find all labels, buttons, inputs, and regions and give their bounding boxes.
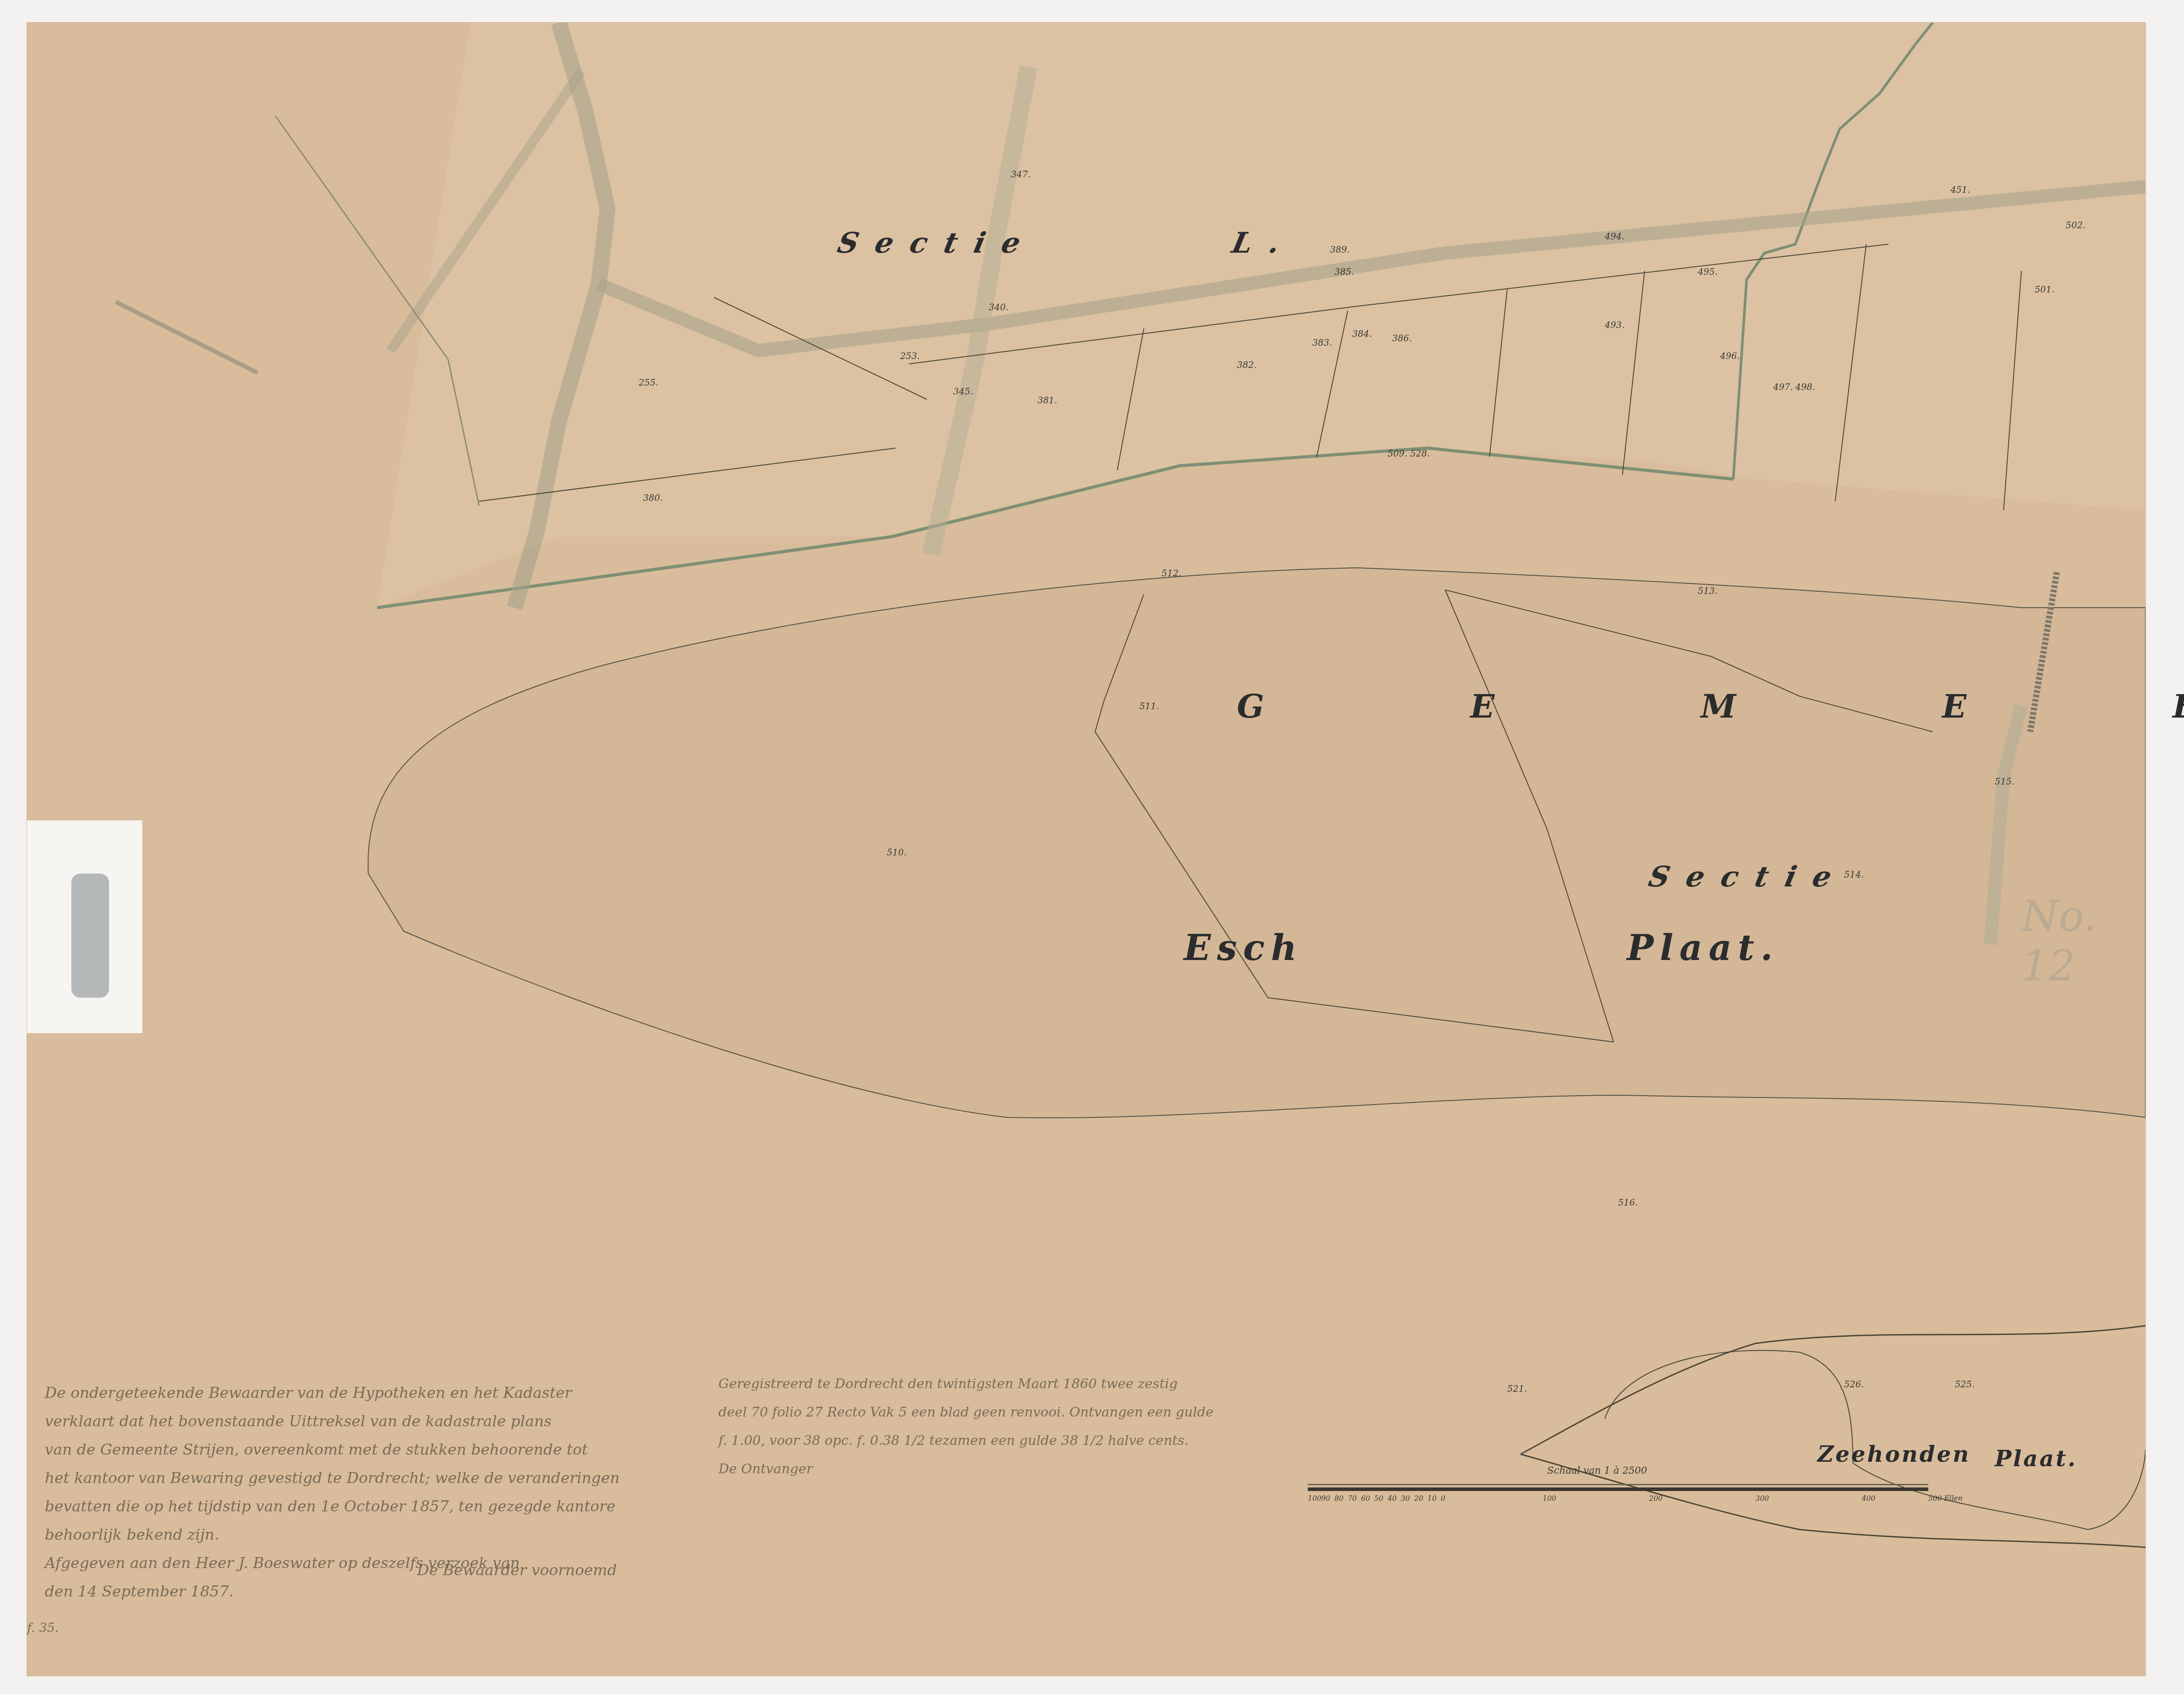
paper-scrap	[71, 874, 109, 998]
parcel-number: 494.	[1605, 231, 1625, 242]
parcel-number: 255.	[639, 377, 659, 388]
parcel-number: 509. 528.	[1388, 448, 1430, 459]
scale-tick: 70	[1348, 1494, 1357, 1503]
parcel-number: 512.	[1162, 568, 1182, 578]
area-label-plaat: Plaat.	[1627, 927, 1779, 968]
area-label-zeehonden: Zeehonden	[1817, 1441, 1970, 1467]
certificate-right: Geregistreerd te Dordrecht den twintigst…	[718, 1370, 1213, 1483]
parcel-number: 514.	[1844, 869, 1864, 880]
parcel-number: 382.	[1237, 359, 1257, 370]
parcel-number: 340.	[989, 302, 1009, 312]
area-label-esch: Esch	[1184, 927, 1303, 968]
scale-tick: 20	[1414, 1494, 1423, 1503]
folio-note: f. 35.	[27, 1614, 59, 1642]
parcel-number: 510.	[887, 847, 907, 858]
parcel-number: 526.	[1844, 1379, 1864, 1390]
parcel-number: 495.	[1698, 266, 1718, 277]
area-label-gemeent: G E M E E N T	[1237, 687, 2184, 725]
parcel-number: 381.	[1037, 395, 1057, 406]
parcel-number: 389.	[1330, 244, 1350, 255]
parcel-number: 380.	[643, 492, 663, 503]
parcel-number: 513.	[1698, 585, 1718, 596]
parcel-number: 501.	[2035, 284, 2055, 295]
parcel-number: 498.	[1795, 382, 1815, 392]
parcel-number: 383.	[1312, 337, 1332, 348]
parcel-number: 384.	[1352, 328, 1372, 339]
map-sheet: Sectie L. G E M E E N T Sectie Plaat. Es…	[27, 22, 2146, 1676]
scale-tick: 90	[1321, 1494, 1330, 1503]
scale-tick: 40	[1388, 1494, 1396, 1503]
scale-tick: 200	[1649, 1494, 1663, 1503]
scale-title: Schaal van 1 à 2500	[1547, 1465, 1647, 1476]
scale-tick: 300	[1755, 1494, 1769, 1503]
scale-tick: 100	[1543, 1494, 1556, 1503]
parcel-number: 496.	[1720, 351, 1740, 361]
scale-tick: 50	[1374, 1494, 1383, 1503]
parcel-number: 347.	[1011, 169, 1031, 180]
area-label-zeehonden-plaat: Plaat.	[1995, 1445, 2077, 1472]
scale-tick: 60	[1361, 1494, 1370, 1503]
parcel-number: 511.	[1139, 701, 1159, 711]
section-label-sectie-l: Sectie	[835, 226, 1040, 260]
scale-tick: 100	[1308, 1494, 1322, 1503]
scale-tick: 0	[1441, 1494, 1445, 1503]
parcel-number: 525.	[1955, 1379, 1975, 1390]
certificate-left-signature: De Bewaarder voornoemd	[417, 1556, 617, 1585]
parcel-number: 385.	[1334, 266, 1354, 277]
scale-tick: 10	[1427, 1494, 1436, 1503]
parcel-number: 515.	[1995, 776, 2015, 787]
scale-tick: 400	[1862, 1494, 1876, 1503]
parcel-number: 497.	[1773, 382, 1793, 392]
scale-tick: 500 Ellen	[1928, 1494, 1962, 1503]
parcel-number: 451.	[1950, 184, 1970, 195]
parcel-number: 502.	[2066, 220, 2086, 230]
scale-tick: 30	[1401, 1494, 1410, 1503]
scale-tick: 80	[1334, 1494, 1343, 1503]
section-label-l: L.	[1229, 226, 1299, 260]
parcel-number: 386.	[1392, 333, 1412, 343]
pencil-sheet-number: No. 12	[2021, 891, 2145, 991]
section-label-sectie-plaat: Sectie	[1646, 860, 1851, 894]
parcel-number: 493.	[1605, 320, 1625, 330]
parcel-number: 253.	[900, 351, 920, 361]
parcel-number: 521.	[1507, 1383, 1527, 1394]
parcel-number: 516.	[1618, 1197, 1638, 1208]
parcel-number: 345.	[953, 386, 973, 397]
